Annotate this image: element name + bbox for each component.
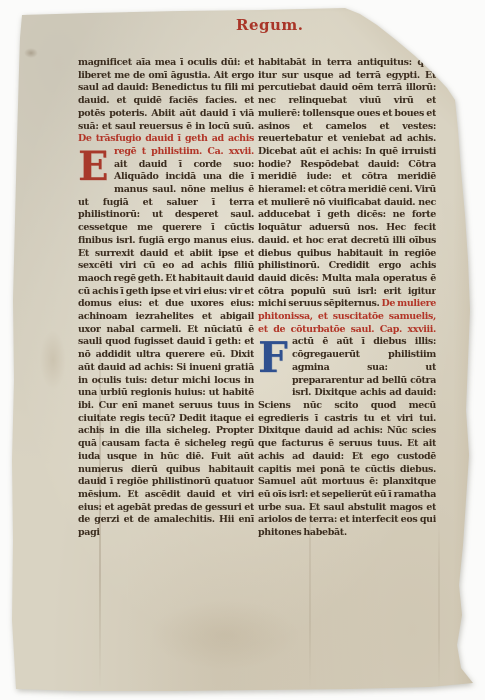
decorated-initial-e: E [78, 148, 110, 196]
running-title: Regum. [236, 16, 326, 34]
ink-spot [24, 48, 38, 58]
rubric-chapter-27-continuation: t philistiim. Ca. xxvii. [142, 146, 254, 157]
text-column-left: magnificet aīa mea ī oculis dūi: et libe… [78, 57, 254, 573]
body-text-ch27: ait dauid ī corde suo: Aliquādo incidā u… [78, 159, 254, 538]
decorated-initial-f: F [258, 338, 288, 390]
parchment-stain-left [40, 330, 66, 390]
fold-crease-right [438, 515, 440, 690]
body-text-ch26-end: magnificet aīa mea ī oculis dūi: et libe… [78, 57, 254, 132]
text-column-right: habitabāt in terra antiquitus: quā itur … [258, 57, 436, 573]
manuscript-leaf: Regum. magnificet aīa mea ī oculis dūi: … [0, 0, 485, 700]
manuscript-leaf-shadow: Regum. magnificet aīa mea ī oculis dūi: … [0, 0, 485, 700]
body-text-ch27-end: habitabāt in terra antiquitus: quā itur … [258, 57, 436, 309]
parchment-stain-bottom [150, 600, 300, 670]
photo-background: Regum. magnificet aīa mea ī oculis dūi: … [0, 0, 485, 700]
